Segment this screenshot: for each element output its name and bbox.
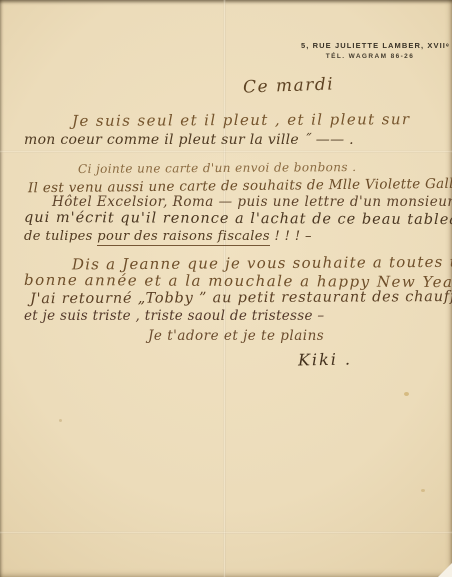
handwritten-line-10: J'ai retourné „Tobby ” au petit restaura…: [30, 289, 452, 307]
date-line: Ce mardi: [243, 74, 335, 97]
handwritten-line-6: qui m'écrit qu'il renonce a l'achat de c…: [24, 210, 452, 228]
handwritten-line-5: Hôtel Excelsior, Roma — puis une lettre …: [52, 194, 452, 210]
paper-speck: [59, 419, 62, 422]
letter-scan: 5, RUE JULIETTE LAMBER, XVIIᵉ TÉL. WAGRA…: [0, 0, 452, 577]
horizontal-fold-crease-top: [0, 150, 452, 153]
line-7-prefix: de tulipes: [24, 229, 97, 244]
handwritten-line-12: Je t'adore et je te plains: [148, 328, 324, 344]
letterhead: 5, RUE JULIETTE LAMBER, XVIIᵉ TÉL. WAGRA…: [301, 41, 439, 60]
handwritten-line-2: mon coeur comme il pleut sur la ville ˝ …: [24, 132, 354, 148]
handwritten-line-1: Je suis seul et il pleut , et il pleut s…: [72, 110, 411, 130]
handwritten-line-3: Ci jointe une carte d'un envoi de bonbon…: [78, 160, 356, 176]
handwritten-line-11: et je suis triste , triste saoul de tris…: [24, 308, 324, 324]
line-7-underlined-phrase: pour des raisons fiscales: [97, 229, 270, 246]
line-7-suffix: ! ! ! –: [270, 229, 312, 244]
handwritten-line-7: de tulipes pour des raisons fiscales ! !…: [24, 229, 312, 244]
horizontal-fold-crease-bottom: [0, 531, 452, 534]
signature: Kiki .: [298, 350, 352, 370]
letterhead-phone: TÉL. WAGRAM 86-26: [301, 53, 439, 60]
paper-speck: [404, 392, 409, 396]
paper-speck: [421, 489, 425, 492]
paper-corner-curl: [438, 563, 452, 577]
handwritten-line-9: bonne année et a la mouchale a happy New…: [24, 271, 452, 291]
handwritten-line-8: Dis a Jeanne que je vous souhaite a tout…: [72, 253, 452, 274]
letterhead-address: 5, RUE JULIETTE LAMBER, XVIIᵉ: [301, 41, 439, 50]
